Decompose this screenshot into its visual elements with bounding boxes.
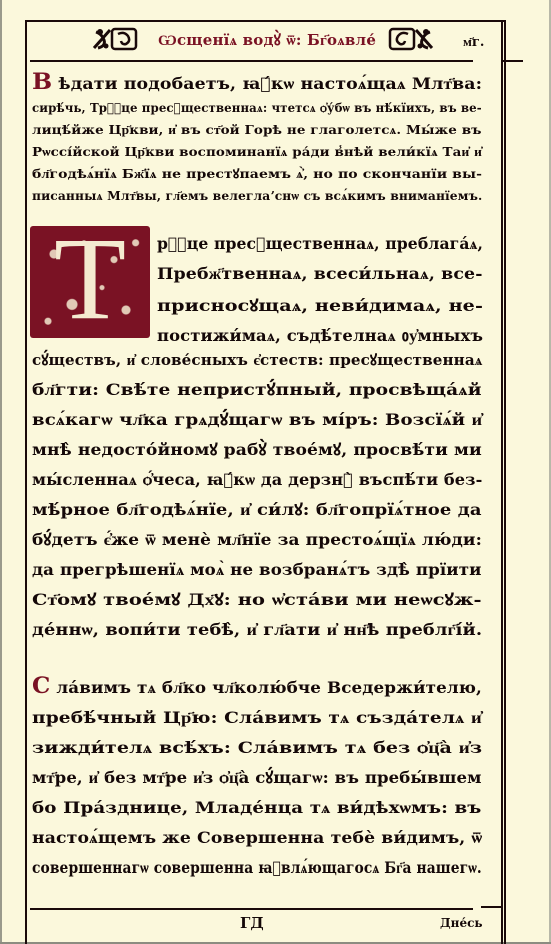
text-line-21: бо Пра́зднице, Младе́нца тѧ ви́дѣхѡмъ: в… [32, 798, 481, 818]
text-line-19: зижди́телѧ всѣ́хъ: Сла́вимъ тѧ без ѻ҆ц҃а… [32, 738, 482, 758]
text-line-17: С ла́вимъ тѧ бл҃ко чл҃колю́бче Вседержи́… [32, 676, 482, 698]
text-line-13: бꙋ́детъ є҆́же ѿ менѐ мл҃нїе за престоѧ́щ… [32, 530, 482, 550]
dropcap-line-2: Пребж҃твеннаѧ, всеси́льнаѧ, все- [157, 264, 483, 284]
text-line-15: Ст҃омꙋ твое́мꙋ Дх҃ꙋ: но ѡ҆ста́ви ми неѡс… [32, 590, 482, 610]
rubric-initial-2: С [32, 673, 50, 699]
catchword: Дне́сь [440, 916, 483, 930]
text-line-12: мѣ́рное бл҃годѣѧ́нїе, и҆ си́лꙋ: бл҃гопрї… [32, 500, 482, 520]
text-line-7: сꙋ́ществъ, и҆ слове́сныхъ є҆стеств: прес… [32, 350, 482, 370]
text-line-10: мнѣ̀ недосто́йномꙋ рабꙋ̀ твое́мꙋ, просвѣ… [32, 440, 482, 460]
margin-tick-top [503, 60, 523, 62]
initial-letter: Т [30, 226, 150, 338]
margin-column-rule [501, 20, 503, 944]
running-head-title: Ѡсщенїѧ водꙋ̀ ѿ: Бг҃оѧвле́ [158, 30, 378, 50]
text-line-6: писанныѧ Млт҃вы, гл҃емъ велеглаʼснѡ съ в… [32, 186, 482, 206]
text-line-23: совершеннагѡ совершенна ꙗ҆влѧ́ющагосѧ Бг… [32, 858, 482, 878]
ornament-right-icon [388, 26, 434, 52]
text-line-2: сирѣ́чь, Трⷪ҇це пресꙋщественнаѧ: чтетсѧ … [32, 98, 482, 118]
header-rule [30, 60, 473, 62]
text-line-11: мы́сленнаѧ ѻ҆́чеса, ꙗ҆́кѡ да дерзнꙋ̀ въс… [32, 470, 482, 490]
text-line-5: бл҃годѣѧ́нїѧ Бж҃їѧ не престꙋпаемъ ѧ҆̀, н… [32, 164, 482, 184]
text-line-1: В ѣдати подобаетъ, ꙗ҆́кѡ настоѧ́щаѧ Млт҃… [32, 72, 482, 94]
text-line-16: де́ннѡ, вопи́ти тебѣ̀, и҆ гл҃ати и҆ нн҃ѣ… [32, 620, 482, 640]
text-line-4: Рѡссі́йской Цр҃кви воспоминанїѧ ра́ди в̾… [32, 142, 482, 162]
margin-tick-bottom [481, 906, 501, 908]
dropcap-line-1: рⷪ҇це пресꙋщественнаѧ, преблага́ѧ, [157, 234, 483, 254]
text-line-22: настоѧ́щемъ же Совершенна тебѐ ви́димъ, … [32, 828, 482, 848]
text-line-20: мт҃ре, и҆ без мт҃ре и҆з ѻ҆ц҃а̀ сꙋ́щагѡ: … [32, 768, 482, 788]
decorated-initial: Т [30, 226, 150, 338]
signature-mark: ГД [240, 914, 264, 932]
dropcap-line-3: присносꙋщаѧ, неви́димаѧ, не- [157, 296, 483, 316]
page-edge-left [0, 0, 2, 944]
dropcap-line-4: постижи́маѧ, съдѣ́телнаѧ ᲂу҆мныхъ [157, 326, 483, 346]
text-line-3: лицѣ́йже Цр҃кви, и҆ въ ст҃ой Горѣ не гла… [32, 120, 482, 140]
text-line-18: пребѣ́чный Цр҃ю: Сла́вимъ тѧ създа́телѧ … [32, 708, 482, 728]
text-line-8: бл҃гти: Свѣ́те непристꙋ́пный, просвѣща́ѧ… [32, 380, 482, 400]
text-line-9: всѧ́кагѡ чл҃ка грѧдꙋ́щагѡ въ мі́ръ: Возс… [32, 410, 482, 430]
text-line-14: да прегрѣшенїѧ моѧ̀ не возбранѧ́тъ здѣ̀ … [32, 560, 482, 580]
footer-rule [30, 908, 473, 910]
rubric-initial: В [32, 69, 52, 95]
ornament-left-icon [92, 26, 138, 52]
folio-number: м҃г. [463, 34, 484, 50]
